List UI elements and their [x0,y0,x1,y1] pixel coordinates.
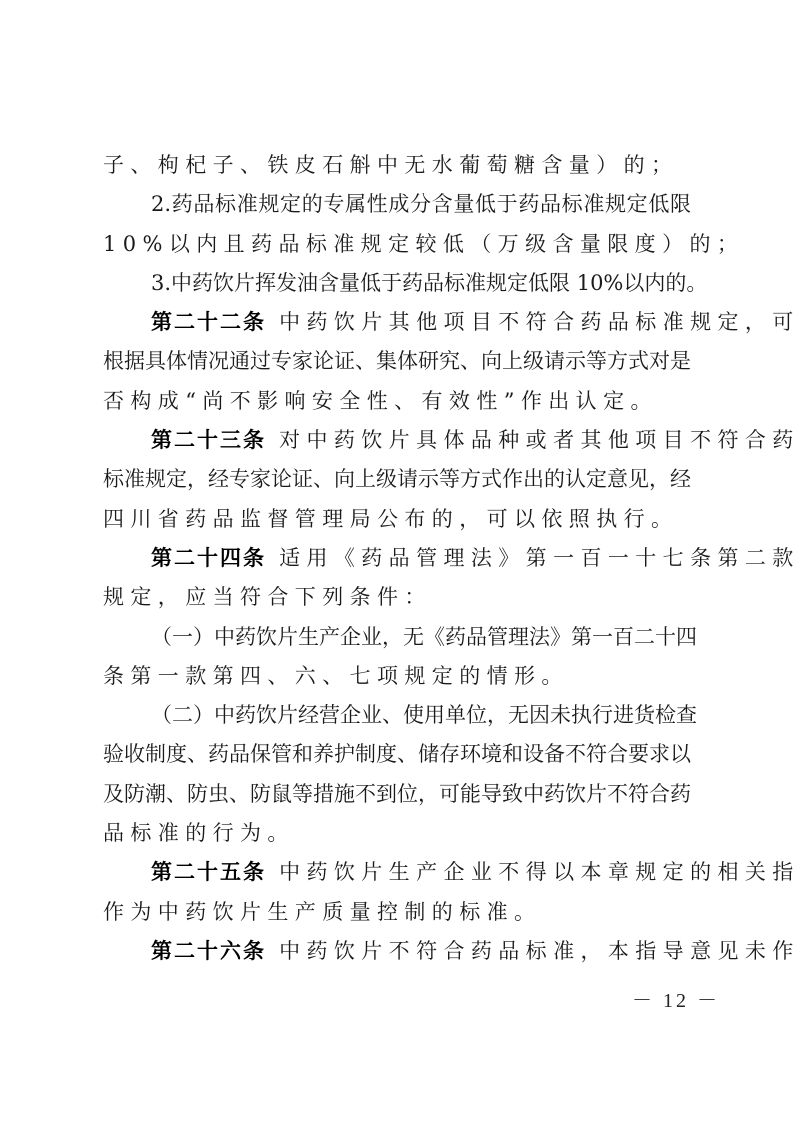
article-text: 对中药饮片具体品种或者其他项目不符合药品 [279,428,793,452]
article-text: 中药饮片生产企业不得以本章规定的相关指标 [279,860,793,884]
article-heading: 第二十六条 [151,939,266,963]
paragraph-line: 四川省药品监督管理局公布的，可以依照执行。 [103,500,691,539]
article-26: 第二十六条 中药饮片不符合药品标准，本指导意见未作规 [103,932,691,971]
paragraph-line: 子、枸杞子、铁皮石斛中无水葡萄糖含量）的； [103,146,691,185]
paragraph-line: 品标准的行为。 [103,814,691,853]
paragraph-line: 及防潮、防虫、防鼠等措施不到位，可能导致中药饮片不符合药 [103,775,691,814]
paragraph-line: 否构成“尚不影响安全性、有效性”作出认定。 [103,382,691,421]
article-23: 第二十三条 对中药饮片具体品种或者其他项目不符合药品 [103,421,691,460]
article-heading: 第二十二条 [151,310,266,334]
paragraph-line: 验收制度、药品保管和养护制度、储存环境和设备不符合要求以 [103,735,691,774]
article-text: 适用《药品管理法》第一百一十七条第二款的 [279,546,793,570]
article-text: 中药饮片不符合药品标准，本指导意见未作规 [279,939,793,963]
paragraph-line: 根据具体情况通过专家论证、集体研究、向上级请示等方式对是 [103,342,691,381]
article-heading: 第二十五条 [151,860,266,884]
list-item-3: 3.中药饮片挥发油含量低于药品标准规定低限 10%以内的。 [103,264,691,303]
article-heading: 第二十四条 [151,546,266,570]
document-page: 子、枸杞子、铁皮石斛中无水葡萄糖含量）的； 2.药品标准规定的专属性成分含量低于… [103,146,691,971]
paragraph-line: 规定，应当符合下列条件： [103,578,691,617]
list-item-2: 2.药品标准规定的专属性成分含量低于药品标准规定低限 [103,185,691,224]
page-number: － 12 － [632,984,720,1013]
paragraph-line: 标准规定，经专家论证、向上级请示等方式作出的认定意见，经 [103,460,691,499]
condition-item-1: （一）中药饮片生产企业，无《药品管理法》第一百二十四 [103,618,691,657]
article-heading: 第二十三条 [151,428,266,452]
article-22: 第二十二条 中药饮片其他项目不符合药品标准规定，可以 [103,303,691,342]
article-text: 中药饮片其他项目不符合药品标准规定，可以 [279,310,793,334]
paragraph-line: 10%以内且药品标准规定较低（万级含量限度）的； [103,225,691,264]
article-24: 第二十四条 适用《药品管理法》第一百一十七条第二款的 [103,539,691,578]
condition-item-2: （二）中药饮片经营企业、使用单位，无因未执行进货检查 [103,696,691,735]
paragraph-line: 条第一款第四、六、七项规定的情形。 [103,657,691,696]
article-25: 第二十五条 中药饮片生产企业不得以本章规定的相关指标 [103,853,691,892]
paragraph-line: 作为中药饮片生产质量控制的标准。 [103,893,691,932]
